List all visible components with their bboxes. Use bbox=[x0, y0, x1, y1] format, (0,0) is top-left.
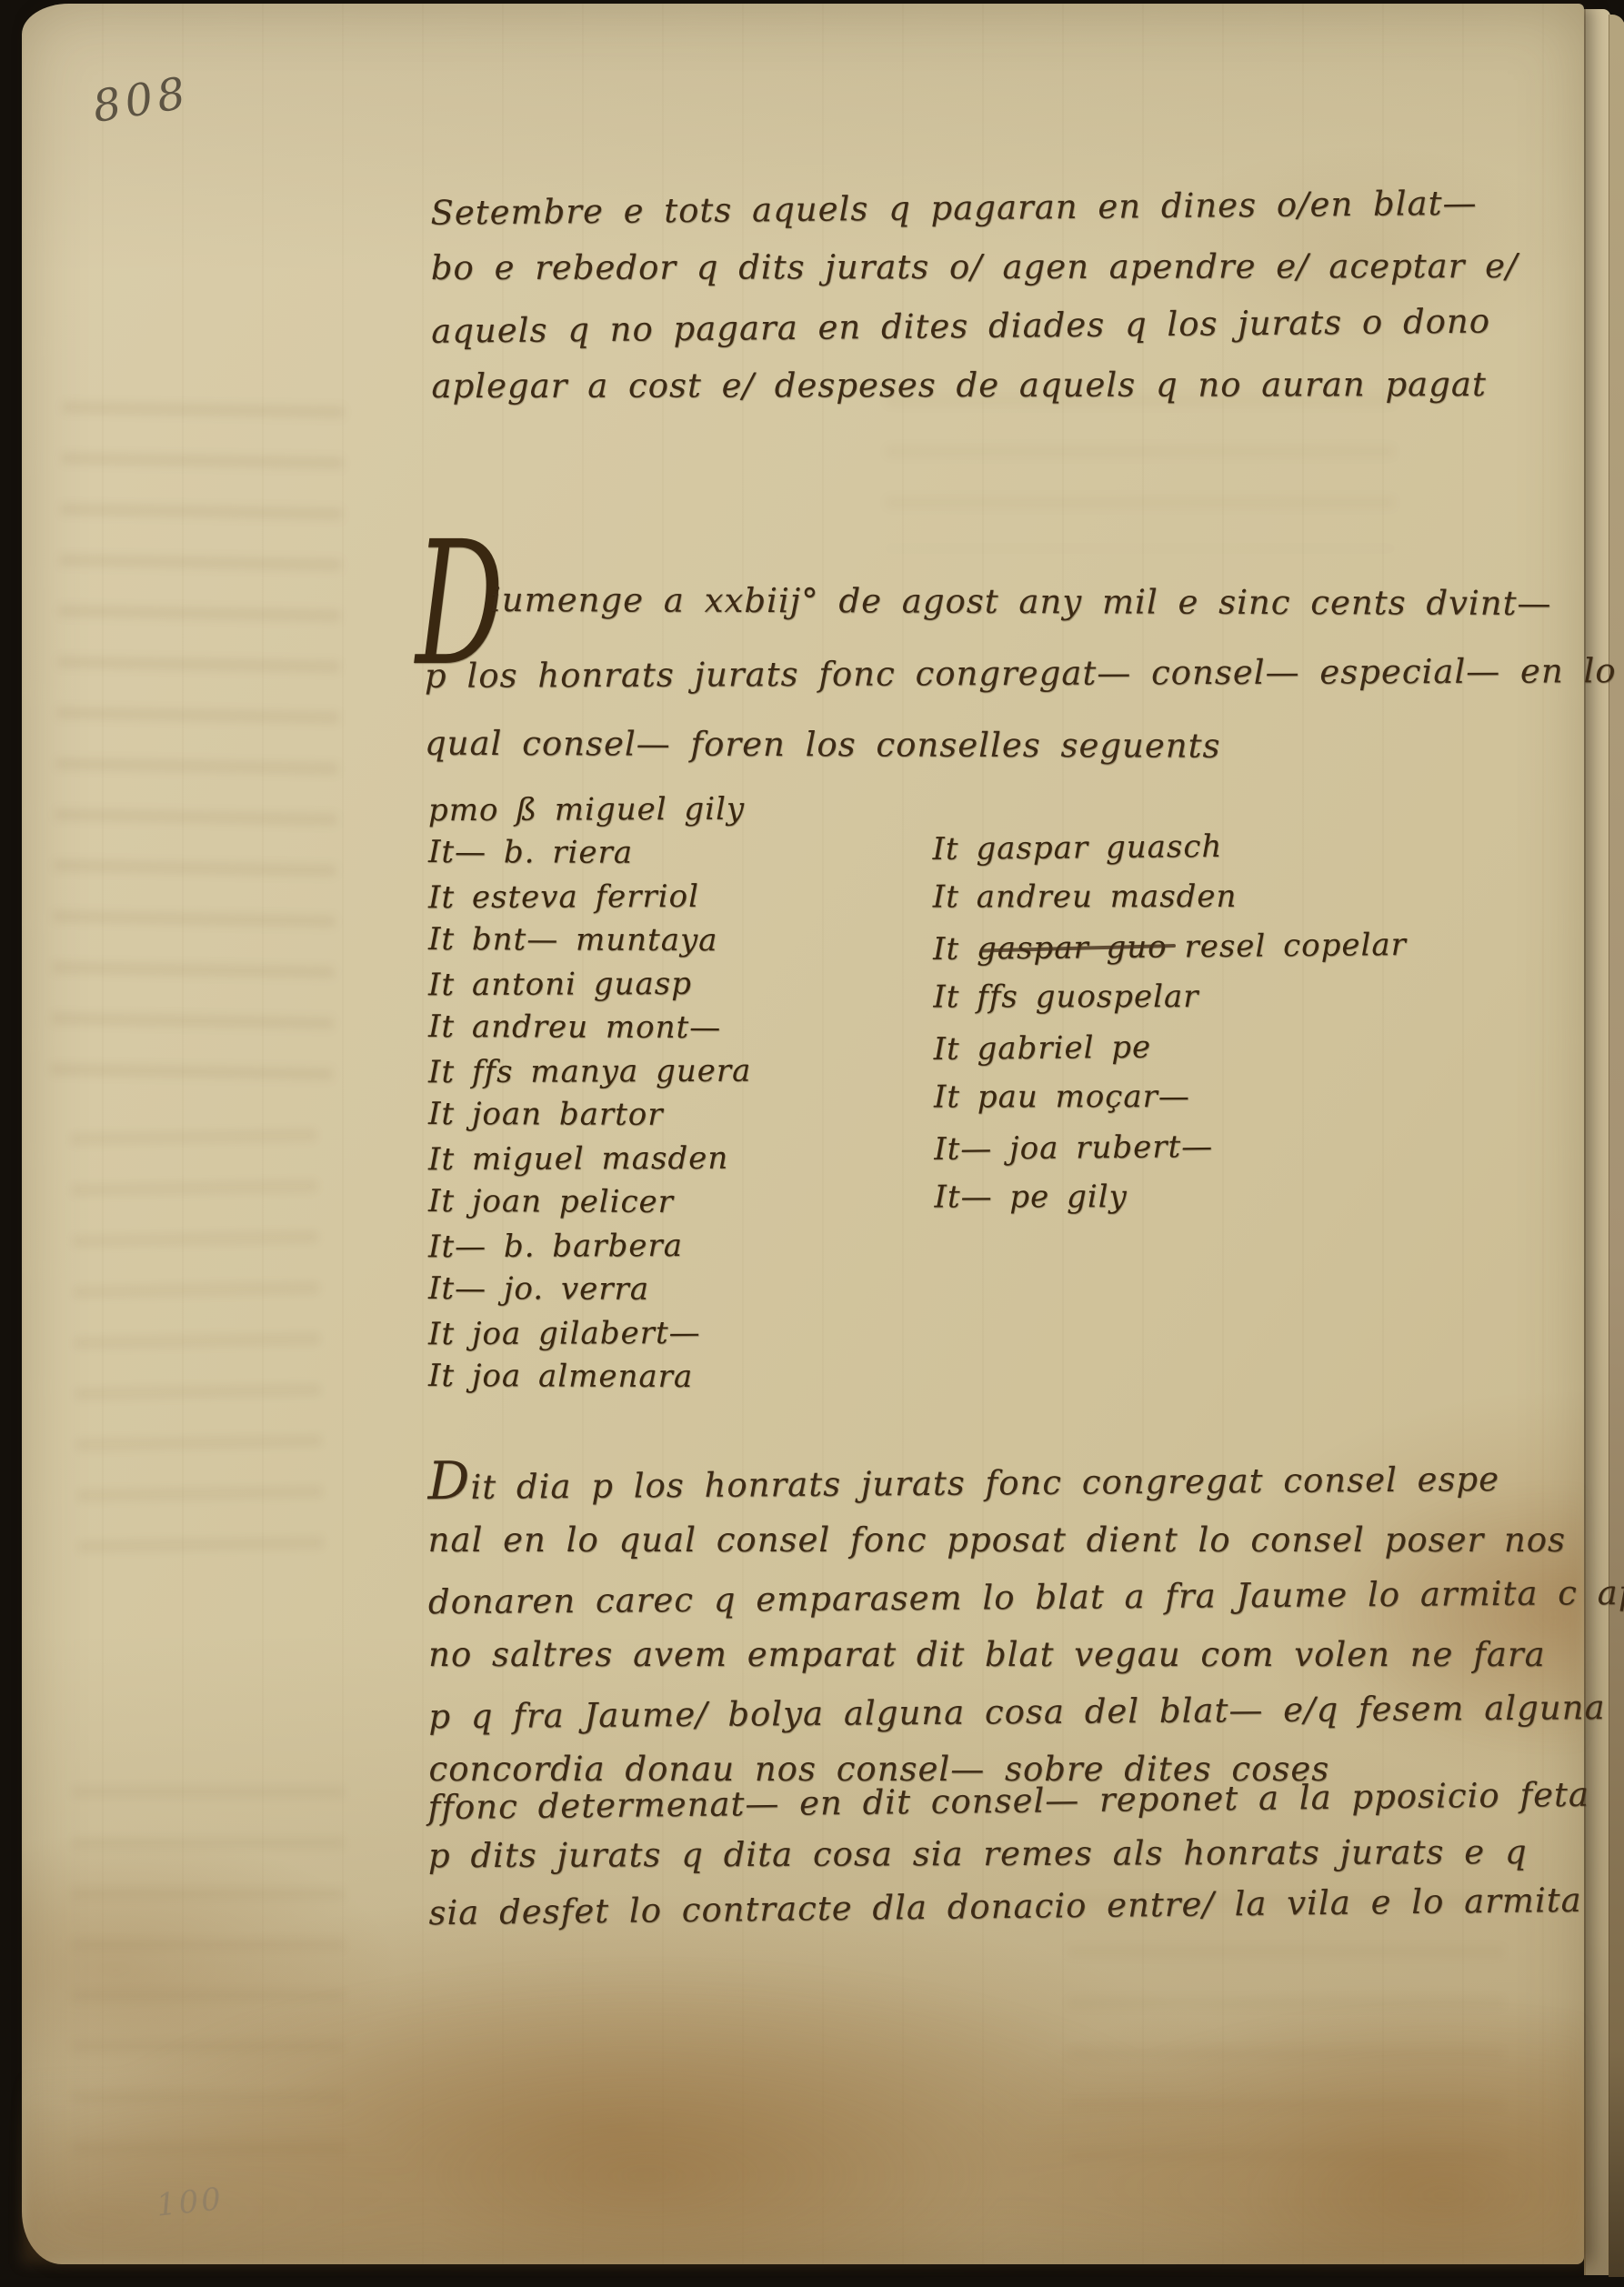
list-item: pmo ß miguel gily bbox=[428, 787, 934, 832]
manuscript-line: qual consel— foren los conselles seguent… bbox=[425, 707, 1617, 784]
bleedthrough-text bbox=[71, 1129, 324, 1570]
list-item: It gaspar guo resel copelar bbox=[933, 919, 1497, 975]
manuscript-line: p dits jurats q dita cosa sia remes als … bbox=[428, 1826, 1590, 1882]
paragraph-resolution: ffonc determenat— en dit consel— reponet… bbox=[427, 1771, 1590, 1938]
manuscript-page: 808 Setembre e tots aquels q pagaran en … bbox=[22, 4, 1584, 2264]
manuscript-line: donaren carec q emparasem lo blat a fra … bbox=[428, 1564, 1624, 1631]
manuscript-line: aplegar a cost e/ despeses de aquels q n… bbox=[431, 355, 1519, 416]
manuscript-line: ffonc determenat— en dit consel— reponet… bbox=[427, 1769, 1589, 1834]
manuscript-line: no saltres avem emparat dit blat vegau c… bbox=[428, 1626, 1624, 1683]
list-item: It ffs manya guera bbox=[428, 1048, 934, 1094]
council-list-left-column: pmo ß miguel gily It— b. riera It esteva… bbox=[428, 787, 934, 1399]
paragraph-assembly: D iumenge a xxbiij° de agost any mil e s… bbox=[425, 566, 1617, 781]
list-item: It andreu mont— bbox=[428, 1005, 934, 1050]
list-item: It andreu masden bbox=[933, 871, 1497, 922]
list-item: It ffs guospelar bbox=[933, 971, 1497, 1022]
list-item: It— joa rubert— bbox=[934, 1119, 1498, 1175]
bleedthrough-text bbox=[1068, 1895, 1504, 2168]
bleedthrough-text bbox=[886, 395, 1395, 549]
list-item: It— b. barbera bbox=[428, 1223, 934, 1269]
list-item: It joa gilabert— bbox=[428, 1310, 934, 1356]
manuscript-line: sia desfet lo contracte dla donacio entr… bbox=[428, 1874, 1590, 1940]
list-item: It joan pelicer bbox=[428, 1179, 934, 1225]
bleedthrough-text bbox=[50, 401, 344, 1097]
book-page-edge-outer bbox=[1609, 15, 1624, 2277]
bleedthrough-text bbox=[72, 1786, 345, 2168]
paragraph-opening: Setembre e tots aquels q pagaran en dine… bbox=[430, 176, 1519, 417]
list-item: It gabriel pe bbox=[933, 1019, 1497, 1075]
manuscript-line: aquels q no pagara en dites diades q los… bbox=[431, 291, 1519, 360]
foliation-number-bottom: 100 bbox=[155, 2181, 226, 2224]
paragraph-proposal: Dit dia p los honrats jurats fonc congre… bbox=[427, 1446, 1624, 1801]
manuscript-line: Setembre e tots aquels q pagaran en dine… bbox=[430, 173, 1518, 242]
list-item: It— b. riera bbox=[428, 830, 934, 876]
manuscript-line: bo e rebedor q dits jurats o/ agen apend… bbox=[431, 236, 1519, 297]
list-item: It— jo. verra bbox=[428, 1267, 934, 1312]
list-item: It gaspar guasch bbox=[932, 819, 1496, 875]
council-members-list: pmo ß miguel gily It— b. riera It esteva… bbox=[428, 787, 1510, 1399]
manuscript-line: nal en lo qual consel fonc pposat dient … bbox=[428, 1511, 1624, 1569]
folio-number-pencil: 808 bbox=[89, 67, 193, 133]
scan-background: 808 Setembre e tots aquels q pagaran en … bbox=[0, 0, 1624, 2287]
manuscript-line: p q fra Jaume/ bolya alguna cosa del bla… bbox=[428, 1679, 1624, 1746]
list-item: It joa almenara bbox=[428, 1354, 934, 1399]
list-item: It joan bartor bbox=[428, 1092, 934, 1138]
manuscript-line: Dit dia p los honrats jurats fonc congre… bbox=[427, 1443, 1624, 1517]
council-list-right-column: It gaspar guasch It andreu masden It gas… bbox=[932, 820, 1499, 1399]
list-item: It bnt— muntaya bbox=[428, 918, 934, 963]
list-item: It antoni guasp bbox=[428, 961, 934, 1007]
manuscript-line: iumenge a xxbiij° de agost any mil e sin… bbox=[425, 564, 1617, 640]
list-item: It— pe gily bbox=[934, 1171, 1498, 1222]
manuscript-line: p los honrats jurats fonc congregat— con… bbox=[425, 635, 1617, 712]
list-item: It miguel masden bbox=[428, 1136, 934, 1181]
list-item: It pau moçar— bbox=[934, 1071, 1498, 1122]
list-item: It esteva ferriol bbox=[428, 874, 934, 919]
book-page-edge-inner bbox=[1584, 9, 1610, 2275]
